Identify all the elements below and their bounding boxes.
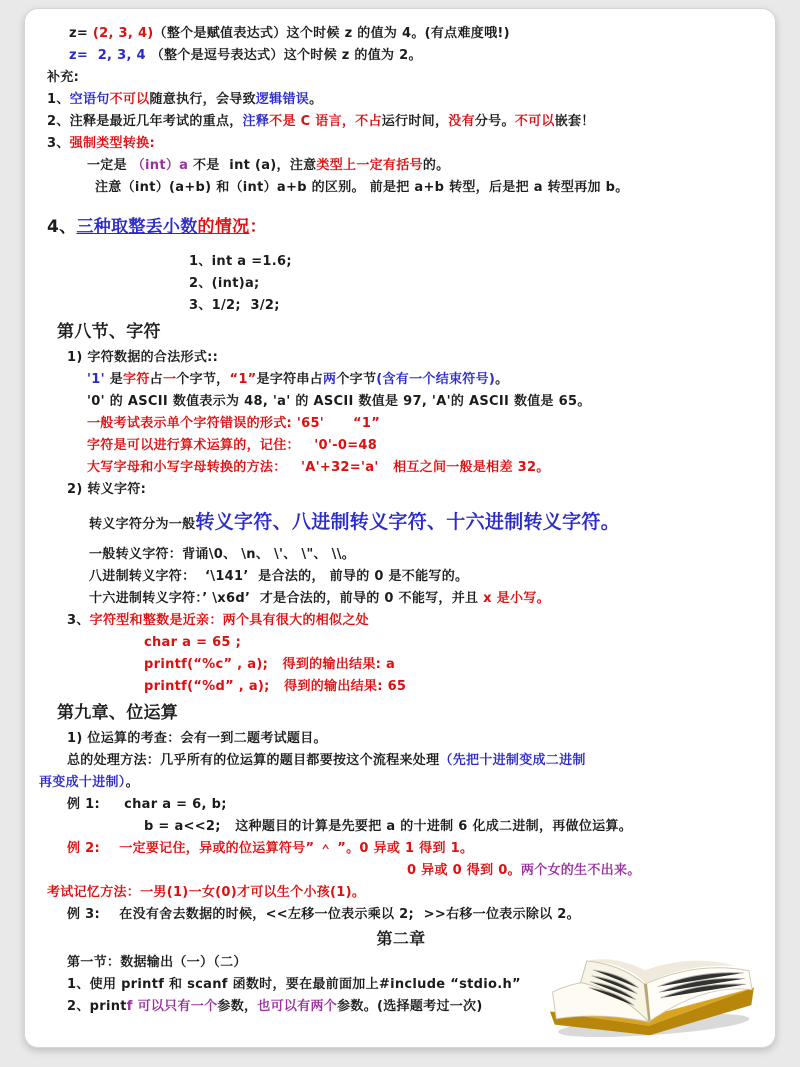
text-segment: 2、print xyxy=(67,999,127,1014)
doc-line-29: 第九章、位运算 xyxy=(57,698,763,728)
text-segment: 一般转义字符：背诵\0、 \n、 \'、 \"、 \\。 xyxy=(89,547,355,562)
text-segment: 2、(int)a; xyxy=(189,276,260,291)
text-segment: 3、1/2; 3/2; xyxy=(189,298,280,313)
text-segment: b = a<<2; 这种题目的计算是先要把 a 的十进制 6 化成二进制，再做位… xyxy=(144,819,632,834)
text-segment: 一定是 xyxy=(87,158,132,173)
text-segment: 三种取整丢小数 xyxy=(76,217,197,237)
doc-line-39: 第二章 xyxy=(39,926,763,952)
text-segment: 字符是可以进行算术运算的，记住： '0'-0=48 xyxy=(87,438,377,453)
doc-line-40: 第一节：数据输出（一）（二） xyxy=(67,952,763,974)
doc-line-17: 一般考试表示单个字符错误的形式: '65' “1” xyxy=(87,413,763,435)
doc-line-21: 转义字符分为一般转义字符、八进制转义字符、十六进制转义字符。 xyxy=(89,511,763,536)
text-segment: 是 xyxy=(110,372,123,387)
text-segment: 分号。 xyxy=(475,114,515,129)
text-segment: 的情况 xyxy=(198,217,250,237)
text-segment: 1、int a =1.6; xyxy=(189,254,292,269)
text-segment: 十六进制转义字符：’ \x6d’ 才是合法的，前导的 0 不能写，并且 xyxy=(89,591,483,606)
doc-line-4: 1、空语句不可以随意执行，会导致逻辑错误。 xyxy=(47,89,763,111)
text-segment: 类型上一定有括号 xyxy=(316,158,422,173)
text-segment: 2) 转义字符: xyxy=(67,482,146,497)
text-segment: 强制类型转换: xyxy=(70,136,155,151)
text-segment: printf(“%d” , a); 得到的输出结果: 65 xyxy=(144,679,406,694)
doc-line-18: 字符是可以进行算术运算的，记住： '0'-0=48 xyxy=(87,435,763,457)
text-segment: 一般考试表示单个字符错误的形式: '65' “1” xyxy=(87,416,380,431)
text-segment: z= 2, 3, 4 xyxy=(69,48,151,63)
text-segment: f 可以只有一个 xyxy=(127,999,218,1014)
text-segment: z= xyxy=(69,26,93,41)
text-segment: 2、注释是最近几年考试的重点， xyxy=(47,114,243,129)
text-segment: 例 2: 一定要记住，异或的位运算符号” ＾ ”。0 异或 1 得到 1。 xyxy=(67,841,473,856)
doc-line-7: 一定是 （int）a 不是 int (a)，注意类型上一定有括号的。 xyxy=(87,155,763,177)
doc-line-23: 八进制转义字符： ‘\141’ 是合法的， 前导的 0 是不能写的。 xyxy=(89,566,763,588)
text-segment: 逻辑错误 xyxy=(256,92,309,107)
doc-line-13: 第八节、字符 xyxy=(57,317,763,347)
doc-line-19: 大写字母和小写字母转换的方法： 'A'+32='a' 相互之间一般是相差 32。 xyxy=(87,457,763,479)
text-segment: 随意执行，会导致 xyxy=(149,92,255,107)
doc-line-41: 1、使用 printf 和 scanf 函数时，要在最前面加上#include … xyxy=(67,974,763,996)
text-segment: （int）a xyxy=(132,158,189,173)
doc-line-2: z= 2, 3, 4 （整个是逗号表达式）这个时候 z 的值为 2。 xyxy=(69,45,763,67)
document-body: z= (2, 3, 4)（整个是赋值表达式）这个时候 z 的值为 4。(有点难度… xyxy=(39,23,763,1018)
text-segment: char a = 65 ; xyxy=(144,635,241,650)
text-segment: x 是小写。 xyxy=(483,591,550,606)
text-segment: 再变成十进制） xyxy=(39,775,126,790)
doc-line-1: z= (2, 3, 4)（整个是赋值表达式）这个时候 z 的值为 4。(有点难度… xyxy=(69,23,763,45)
text-segment: 一 xyxy=(163,372,176,387)
text-segment: 不可以 xyxy=(110,92,150,107)
text-segment: 总的处理方法：几乎所有的位运算的题目都要按这个流程来处理 xyxy=(67,753,439,768)
text-segment: 也可以有两个 xyxy=(257,999,337,1014)
text-segment: ： xyxy=(249,217,266,237)
text-segment: 不是 C 语言，不占 xyxy=(269,114,382,129)
doc-line-3: 补充: xyxy=(47,67,763,89)
text-segment: 转义字符、八进制转义字符、十六进制转义字符。 xyxy=(195,511,620,533)
text-segment: 。 xyxy=(126,775,139,790)
text-segment: 字符 xyxy=(123,372,150,387)
text-segment: 不可以 xyxy=(515,114,555,129)
text-segment: 例 3: 在没有舍去数据的时候，<<左移一位表示乘以 2; >>右移一位表示除以… xyxy=(67,907,580,922)
text-segment: 个字节 xyxy=(336,372,376,387)
text-segment: 补充: xyxy=(47,70,79,85)
text-segment: '1' xyxy=(87,372,110,387)
text-segment: 。 xyxy=(495,372,508,387)
doc-line-16: '0' 的 ASCII 数值表示为 48, 'a' 的 ASCII 数值是 97… xyxy=(87,391,763,413)
doc-line-35: 例 2: 一定要记住，异或的位运算符号” ＾ ”。0 异或 1 得到 1。 xyxy=(67,838,763,860)
text-segment: 两个女的生不出来。 xyxy=(521,863,641,878)
text-segment: 1、使用 printf 和 scanf 函数时，要在最前面加上#include … xyxy=(67,977,521,992)
text-segment: 是字符串占 xyxy=(257,372,324,387)
doc-line-36: 0 异或 0 得到 0。两个女的生不出来。 xyxy=(407,860,763,882)
text-segment: 第一节：数据输出（一）（二） xyxy=(67,955,247,970)
doc-line-24: 十六进制转义字符：’ \x6d’ 才是合法的，前导的 0 不能写，并且 x 是小… xyxy=(89,588,763,610)
text-segment: 参数， xyxy=(217,999,257,1014)
text-segment: '0' 的 ASCII 数值表示为 48, 'a' 的 ASCII 数值是 97… xyxy=(87,394,591,409)
text-segment: 注释 xyxy=(243,114,270,129)
text-segment: 4、 xyxy=(47,217,76,237)
doc-line-27: printf(“%c” , a); 得到的输出结果: a xyxy=(144,654,763,676)
doc-line-42: 2、printf 可以只有一个参数，也可以有两个参数。(选择题考过一次) xyxy=(67,996,763,1018)
document-page: z= (2, 3, 4)（整个是赋值表达式）这个时候 z 的值为 4。(有点难度… xyxy=(24,8,776,1048)
text-segment: 参数。(选择题考过一次) xyxy=(337,999,482,1014)
doc-line-33: 例 1: char a = 6, b; xyxy=(67,794,763,816)
text-segment: 空语句 xyxy=(70,92,110,107)
doc-line-37: 考试记忆方法：一男(1)一女(0)才可以生个小孩(1)。 xyxy=(47,882,763,904)
text-segment: 八进制转义字符： ‘\141’ 是合法的， 前导的 0 是不能写的。 xyxy=(89,569,468,584)
text-segment: 运行时间， xyxy=(382,114,449,129)
text-segment: 第二章 xyxy=(377,929,426,948)
doc-line-8: 注意（int）(a+b) 和（int）a+b 的区别。 前是把 a+b 转型，后… xyxy=(95,177,763,199)
text-segment: 注意（int）(a+b) 和（int）a+b 的区别。 前是把 a+b 转型，后… xyxy=(95,180,629,195)
doc-line-34: b = a<<2; 这种题目的计算是先要把 a 的十进制 6 化成二进制，再做位… xyxy=(144,816,763,838)
doc-line-14: 1) 字符数据的合法形式:: xyxy=(67,347,763,369)
doc-line-32: 再变成十进制）。 xyxy=(39,772,763,794)
text-segment: 个字节， xyxy=(176,372,229,387)
doc-line-15: '1' 是字符占一个字节，“1”是字符串占两个字节(含有一个结束符号)。 xyxy=(87,369,763,391)
text-segment: （先把十进制变成二进制 xyxy=(439,753,585,768)
text-segment: 。 xyxy=(309,92,322,107)
doc-line-6: 3、强制类型转换: xyxy=(47,133,763,155)
doc-line-20: 2) 转义字符: xyxy=(67,479,763,501)
doc-line-31: 总的处理方法：几乎所有的位运算的题目都要按这个流程来处理（先把十进制变成二进制 xyxy=(67,750,763,772)
doc-line-30: 1) 位运算的考查：会有一到二题考试题目。 xyxy=(67,728,763,750)
text-segment: 考试记忆方法：一男(1)一女(0)才可以生个小孩(1)。 xyxy=(47,885,365,900)
text-segment: 转义字符分为一般 xyxy=(89,517,195,532)
text-segment: 0 异或 0 得到 0。 xyxy=(407,863,521,878)
text-segment: 嵌套！ xyxy=(555,114,595,129)
doc-line-5: 2、注释是最近几年考试的重点，注释不是 C 语言，不占运行时间，没有分号。不可以… xyxy=(47,111,763,133)
text-segment: “1” xyxy=(229,372,256,387)
text-segment: 1) 字符数据的合法形式:: xyxy=(67,350,218,365)
text-segment: 字符型和整数是近亲：两个具有很大的相似之处 xyxy=(90,613,369,628)
text-segment: 占 xyxy=(150,372,163,387)
doc-line-12: 3、1/2; 3/2; xyxy=(189,295,763,317)
text-segment: (2, 3, 4) xyxy=(93,26,154,41)
doc-line-25: 3、字符型和整数是近亲：两个具有很大的相似之处 xyxy=(67,610,763,632)
text-segment: 不是 int (a)，注意 xyxy=(188,158,316,173)
text-segment: （整个是逗号表达式）这个时候 z 的值为 2。 xyxy=(151,48,422,63)
text-segment: 第八节、字符 xyxy=(57,322,161,342)
text-segment: 没有 xyxy=(448,114,475,129)
doc-line-38: 例 3: 在没有舍去数据的时候，<<左移一位表示乘以 2; >>右移一位表示除以… xyxy=(67,904,763,926)
text-segment: 3、 xyxy=(67,613,90,628)
doc-line-10: 1、int a =1.6; xyxy=(189,251,763,273)
doc-line-22: 一般转义字符：背诵\0、 \n、 \'、 \"、 \\。 xyxy=(89,544,763,566)
doc-line-28: printf(“%d” , a); 得到的输出结果: 65 xyxy=(144,676,763,698)
text-segment: 例 1: char a = 6, b; xyxy=(67,797,227,812)
doc-line-11: 2、(int)a; xyxy=(189,273,763,295)
text-segment: 大写字母和小写字母转换的方法： 'A'+32='a' 相互之间一般是相差 32。 xyxy=(87,460,550,475)
text-segment: 1) 位运算的考查：会有一到二题考试题目。 xyxy=(67,731,327,746)
text-segment: 两 xyxy=(323,372,336,387)
doc-line-26: char a = 65 ; xyxy=(144,632,763,654)
text-segment: (含有一个结束符号) xyxy=(376,372,495,387)
doc-line-9: 4、三种取整丢小数的情况： xyxy=(47,211,763,243)
text-segment: 的。 xyxy=(423,158,450,173)
text-segment: 第九章、位运算 xyxy=(57,703,178,723)
text-segment: （整个是赋值表达式）这个时候 z 的值为 4。(有点难度哦!) xyxy=(154,26,510,41)
text-segment: printf(“%c” , a); 得到的输出结果: a xyxy=(144,657,395,672)
text-segment: 1、 xyxy=(47,92,70,107)
text-segment: 3、 xyxy=(47,136,70,151)
